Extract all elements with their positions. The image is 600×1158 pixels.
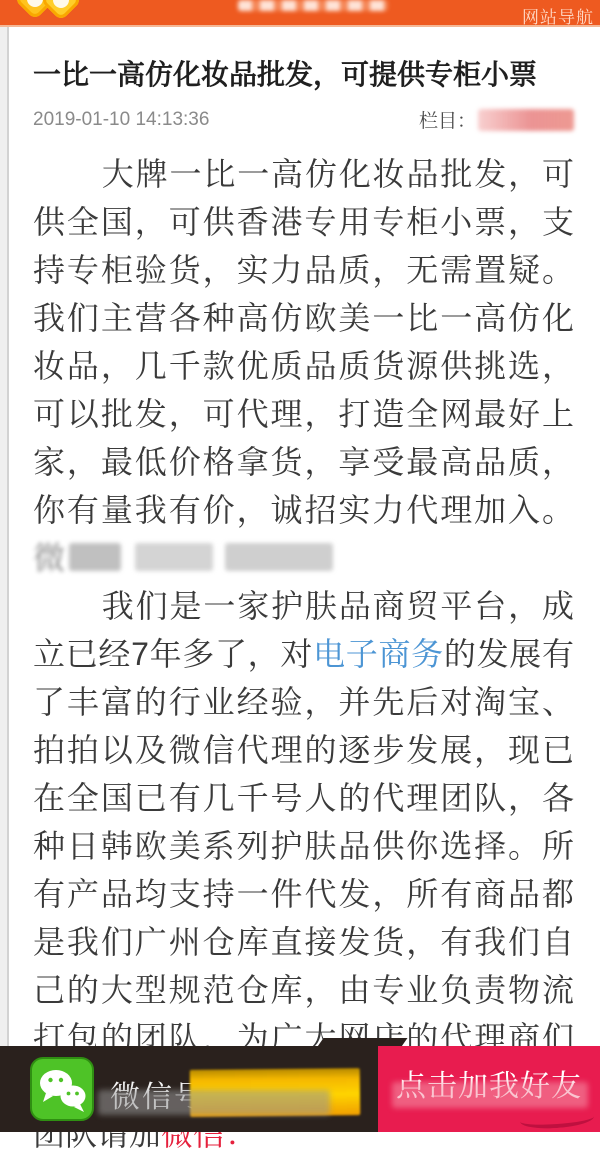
- category-link-redacted[interactable]: [478, 109, 574, 131]
- add-friend-button[interactable]: 点击加我好友: [378, 1046, 600, 1132]
- wechat-id-section[interactable]: 微信号: [0, 1046, 378, 1132]
- page-left-gutter: [0, 27, 9, 1048]
- article-container: 一比一高仿化妆品批发，可提供专柜小票 2019-01-10 14:13:36 栏…: [11, 29, 600, 1132]
- paragraph-1: 大牌一比一高仿化妆品批发，可供全国，可供香港专用专柜小票，支持专柜验货，实力品质…: [33, 150, 574, 582]
- site-nav-link[interactable]: 网站导航: [522, 3, 594, 28]
- wechat-id-redacted-2: [135, 543, 213, 571]
- category-label: 栏目：: [419, 106, 476, 133]
- site-title-redacted: [238, 0, 388, 11]
- contact-bottom-bar: 微信号 点击加我好友: [0, 1046, 600, 1132]
- ecommerce-link[interactable]: 电子商务: [313, 636, 444, 672]
- article-title: 一比一高仿化妆品批发，可提供专柜小票: [33, 56, 574, 93]
- wechat-label-blur-overlay: [98, 1090, 330, 1115]
- paragraph-1-text: 大牌一比一高仿化妆品批发，可供全国，可供香港专用专柜小票，支持专柜验货，实力品质…: [33, 156, 574, 528]
- add-friend-blur-overlay: [392, 1082, 588, 1108]
- wechat-id-redacted-3: [225, 543, 333, 571]
- article-meta-row: 2019-01-10 14:13:36 栏目：: [33, 106, 574, 133]
- wechat-id-prefix: 微: [33, 540, 65, 576]
- site-logo-icon: [18, 0, 82, 18]
- header-bar: 网站导航: [0, 0, 600, 27]
- publish-date: 2019-01-10 14:13:36: [33, 109, 209, 131]
- article-body: 大牌一比一高仿化妆品批发，可供全国，可供香港专用专柜小票，支持专柜验货，实力品质…: [33, 150, 574, 1132]
- button-swoosh-decoration: [519, 1107, 594, 1130]
- wechat-icon: [30, 1057, 94, 1121]
- wechat-id-redacted-1: [69, 543, 121, 571]
